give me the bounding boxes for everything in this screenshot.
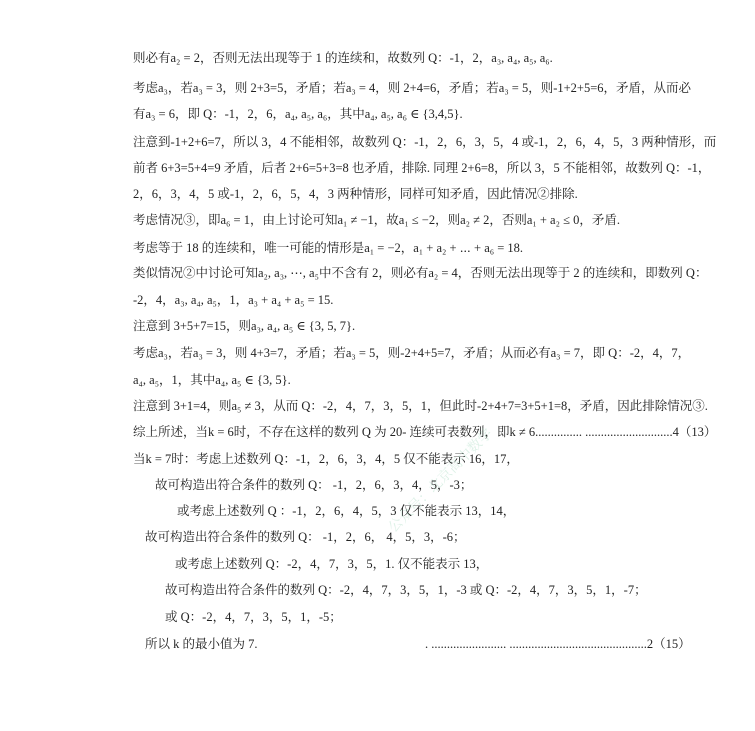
text-line: 有a₃ = 6，即 Q：-1，2，6，a₄, a₅, a₆，其中a₄, a₅, … bbox=[133, 106, 463, 122]
text-line: 或考虑上述数列 Q：-2，4，7，3，5，1. 仅不能表示 13， bbox=[175, 556, 488, 572]
text-line: 2，6，3，4，5 或-1，2，6，5，4，3 两种情形，同样可知矛盾，因此情况… bbox=[133, 186, 578, 202]
text-line: a₄, a₅，1，其中a₄, a₅ ∈ {3, 5}. bbox=[133, 372, 291, 388]
text-line: 类似情况②中讨论可知a₂, a₃, ⋯, a₅中不含有 2，则必有a₂ = 4，… bbox=[133, 265, 707, 281]
text-line: 注意到 3+1=4，则a₅ ≠ 3，从而 Q：-2，4，7，3，5，1，但此时-… bbox=[133, 398, 708, 414]
text-line: 或 Q：-2，4，7，3，5，1，-5； bbox=[165, 609, 342, 625]
text-line: 故可构造出符合条件的数列 Q： -1，2，6， 4，5，3，-6； bbox=[145, 529, 465, 545]
text-line: 所以 k 的最小值为 7. bbox=[145, 636, 258, 652]
text-line: 则必有a₂ = 2，否则无法出现等于 1 的连续和，故数列 Q：-1，2，a₃,… bbox=[133, 50, 553, 66]
score-line: . ........................ .............… bbox=[425, 636, 691, 652]
text-line: 考虑情况③，即a₆ = 1，由上讨论可知a₁ ≠ −1，故a₁ ≤ −2，则a₂… bbox=[133, 212, 620, 228]
text-line: 综上所述，当k = 6时，不存在这样的数列 Q 为 20- 连续可表数列，即k … bbox=[133, 424, 716, 440]
text-line: 前者 6+3=5+4=9 矛盾，后者 2+6=5+3=8 也矛盾，排除. 同理 … bbox=[133, 160, 710, 176]
text-line: 注意到 3+5+7=15，则a₃, a₄, a₅ ∈ {3, 5, 7}. bbox=[133, 318, 355, 334]
text-line: 注意到-1+2+6=7，所以 3，4 不能相邻，故数列 Q：-1，2，6，3，5… bbox=[133, 134, 716, 150]
text-line: 故可构造出符合条件的数列 Q：-2，4，7，3，5，1，-3 或 Q：-2，4，… bbox=[165, 582, 647, 598]
text-line: 考虑等于 18 的连续和，唯一可能的情形是a₁ = −2，a₁ + a₂ + ⋯… bbox=[133, 240, 523, 256]
text-line: 考虑a₃，若a₃ = 3，则 4+3=7，矛盾；若a₃ = 5，则-2+4+5=… bbox=[133, 345, 690, 361]
text-line: 或考虑上述数列 Q ：-1，2，6，4，5，3 仅不能表示 13，14， bbox=[177, 503, 515, 519]
text-line: -2，4，a₃, a₄, a₅，1，a₃ + a₄ + a₅ = 15. bbox=[133, 292, 333, 308]
text-line: 考虑a₃，若a₃ = 3，则 2+3=5，矛盾；若a₃ = 4，则 2+4=6，… bbox=[133, 80, 691, 96]
